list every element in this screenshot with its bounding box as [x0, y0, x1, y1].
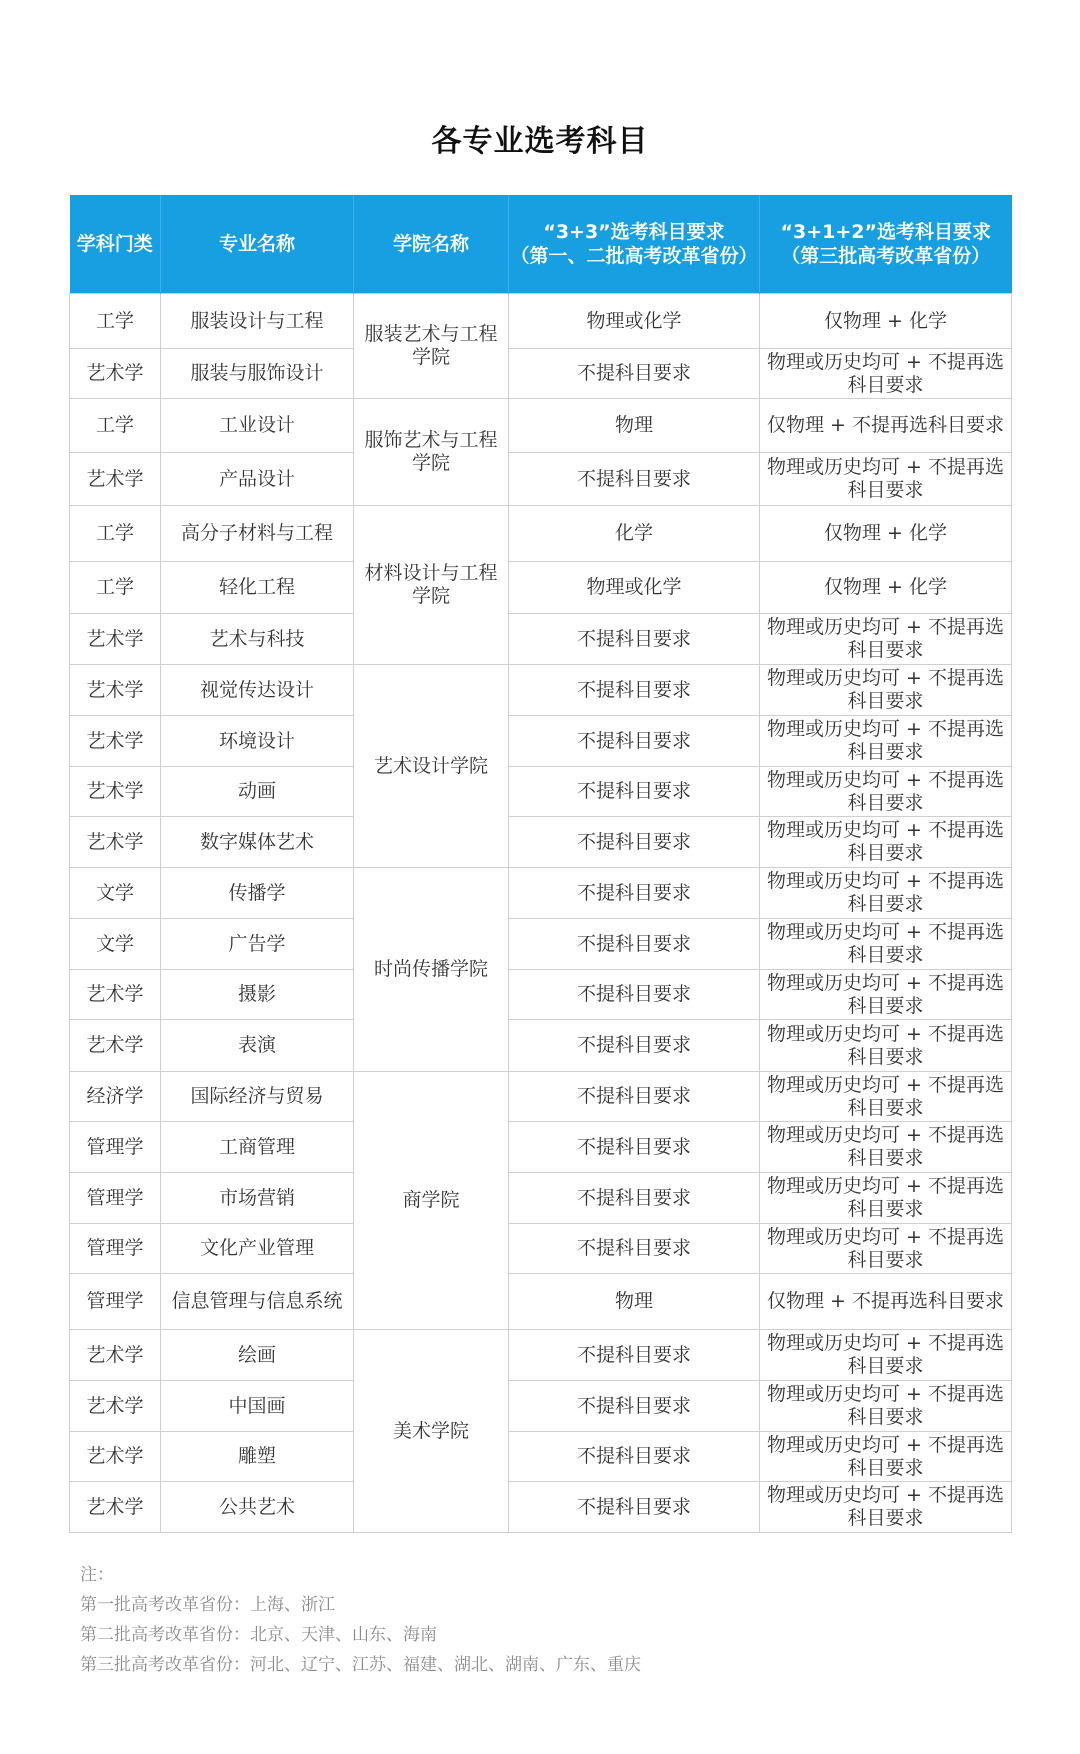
table-row: 管理学工商管理不提科目要求物理或历史均可 + 不提再选科目要求	[70, 1122, 1012, 1173]
major-cell: 服装设计与工程	[161, 294, 354, 349]
table-row: 经济学国际经济与贸易商学院不提科目要求物理或历史均可 + 不提再选科目要求	[70, 1072, 1012, 1122]
college-cell: 艺术设计学院	[354, 665, 509, 868]
table-row: 文学广告学不提科目要求物理或历史均可 + 不提再选科目要求	[70, 919, 1012, 970]
req-3-1-2-cell: 仅物理 + 化学	[760, 506, 1012, 562]
category-cell: 艺术学	[70, 970, 161, 1020]
req-3-3-cell: 不提科目要求	[509, 1432, 760, 1482]
req-3-1-2-cell: 物理或历史均可 + 不提再选科目要求	[760, 868, 1012, 919]
header-req-3-1-2: “3+1+2”选考科目要求 （第三批高考改革省份）	[760, 195, 1012, 294]
table-row: 艺术学绘画美术学院不提科目要求物理或历史均可 + 不提再选科目要求	[70, 1330, 1012, 1381]
table-row: 艺术学动画不提科目要求物理或历史均可 + 不提再选科目要求	[70, 767, 1012, 817]
college-cell: 商学院	[354, 1072, 509, 1330]
req-3-1-2-cell: 物理或历史均可 + 不提再选科目要求	[760, 919, 1012, 970]
category-cell: 艺术学	[70, 349, 161, 399]
req-3-3-cell: 不提科目要求	[509, 349, 760, 399]
header-req-3-3-title: “3+3”选考科目要求	[509, 220, 759, 244]
req-3-1-2-cell: 物理或历史均可 + 不提再选科目要求	[760, 1432, 1012, 1482]
req-3-1-2-cell: 仅物理 + 化学	[760, 294, 1012, 349]
category-cell: 艺术学	[70, 665, 161, 716]
major-cell: 市场营销	[161, 1173, 354, 1224]
major-cell: 产品设计	[161, 453, 354, 506]
category-cell: 艺术学	[70, 614, 161, 665]
req-3-1-2-cell: 物理或历史均可 + 不提再选科目要求	[760, 817, 1012, 868]
header-college: 学院名称	[354, 195, 509, 294]
major-cell: 摄影	[161, 970, 354, 1020]
major-cell: 数字媒体艺术	[161, 817, 354, 868]
footnotes: 注： 第一批高考改革省份：上海、浙江 第二批高考改革省份：北京、天津、山东、海南…	[80, 1560, 641, 1680]
college-cell: 材料设计与工程学院	[354, 506, 509, 665]
major-cell: 工商管理	[161, 1122, 354, 1173]
college-cell: 美术学院	[354, 1330, 509, 1533]
table-row: 艺术学服装与服饰设计不提科目要求物理或历史均可 + 不提再选科目要求	[70, 349, 1012, 399]
category-cell: 艺术学	[70, 1381, 161, 1432]
req-3-3-cell: 不提科目要求	[509, 1173, 760, 1224]
table-row: 工学轻化工程物理或化学仅物理 + 化学	[70, 562, 1012, 614]
major-cell: 环境设计	[161, 716, 354, 767]
category-cell: 管理学	[70, 1224, 161, 1274]
req-3-1-2-cell: 物理或历史均可 + 不提再选科目要求	[760, 1072, 1012, 1122]
req-3-1-2-cell: 物理或历史均可 + 不提再选科目要求	[760, 1173, 1012, 1224]
category-cell: 管理学	[70, 1274, 161, 1330]
table-row: 艺术学中国画不提科目要求物理或历史均可 + 不提再选科目要求	[70, 1381, 1012, 1432]
category-cell: 艺术学	[70, 1482, 161, 1533]
subject-requirements-table: 学科门类 专业名称 学院名称 “3+3”选考科目要求 （第一、二批高考改革省份）…	[69, 195, 1012, 1533]
major-cell: 视觉传达设计	[161, 665, 354, 716]
major-cell: 传播学	[161, 868, 354, 919]
footnote-label: 注：	[80, 1560, 641, 1590]
req-3-3-cell: 不提科目要求	[509, 919, 760, 970]
req-3-3-cell: 不提科目要求	[509, 1020, 760, 1072]
table-body: 工学服装设计与工程服装艺术与工程学院物理或化学仅物理 + 化学艺术学服装与服饰设…	[70, 294, 1012, 1533]
req-3-3-cell: 不提科目要求	[509, 817, 760, 868]
table-row: 艺术学表演不提科目要求物理或历史均可 + 不提再选科目要求	[70, 1020, 1012, 1072]
req-3-1-2-cell: 仅物理 + 不提再选科目要求	[760, 1274, 1012, 1330]
req-3-1-2-cell: 物理或历史均可 + 不提再选科目要求	[760, 1381, 1012, 1432]
category-cell: 工学	[70, 294, 161, 349]
category-cell: 工学	[70, 399, 161, 453]
header-major: 专业名称	[161, 195, 354, 294]
major-cell: 文化产业管理	[161, 1224, 354, 1274]
req-3-1-2-cell: 物理或历史均可 + 不提再选科目要求	[760, 1482, 1012, 1533]
req-3-3-cell: 不提科目要求	[509, 1224, 760, 1274]
category-cell: 艺术学	[70, 1020, 161, 1072]
major-cell: 信息管理与信息系统	[161, 1274, 354, 1330]
college-cell: 服装艺术与工程学院	[354, 294, 509, 399]
req-3-1-2-cell: 仅物理 + 化学	[760, 562, 1012, 614]
category-cell: 管理学	[70, 1122, 161, 1173]
req-3-3-cell: 不提科目要求	[509, 453, 760, 506]
table-row: 艺术学雕塑不提科目要求物理或历史均可 + 不提再选科目要求	[70, 1432, 1012, 1482]
table-row: 工学工业设计服饰艺术与工程学院物理仅物理 + 不提再选科目要求	[70, 399, 1012, 453]
table-row: 艺术学环境设计不提科目要求物理或历史均可 + 不提再选科目要求	[70, 716, 1012, 767]
table-row: 艺术学摄影不提科目要求物理或历史均可 + 不提再选科目要求	[70, 970, 1012, 1020]
req-3-1-2-cell: 物理或历史均可 + 不提再选科目要求	[760, 1020, 1012, 1072]
req-3-3-cell: 不提科目要求	[509, 1330, 760, 1381]
college-cell: 服饰艺术与工程学院	[354, 399, 509, 506]
table-row: 工学服装设计与工程服装艺术与工程学院物理或化学仅物理 + 化学	[70, 294, 1012, 349]
req-3-3-cell: 不提科目要求	[509, 665, 760, 716]
req-3-3-cell: 物理或化学	[509, 294, 760, 349]
req-3-1-2-cell: 物理或历史均可 + 不提再选科目要求	[760, 614, 1012, 665]
footnote-batch-1: 第一批高考改革省份：上海、浙江	[80, 1590, 641, 1620]
req-3-3-cell: 不提科目要求	[509, 1072, 760, 1122]
req-3-3-cell: 不提科目要求	[509, 970, 760, 1020]
req-3-1-2-cell: 物理或历史均可 + 不提再选科目要求	[760, 970, 1012, 1020]
page-title: 各专业选考科目	[0, 116, 1080, 160]
header-req-3-3: “3+3”选考科目要求 （第一、二批高考改革省份）	[509, 195, 760, 294]
major-cell: 动画	[161, 767, 354, 817]
req-3-3-cell: 不提科目要求	[509, 1482, 760, 1533]
category-cell: 艺术学	[70, 716, 161, 767]
category-cell: 工学	[70, 562, 161, 614]
college-cell: 时尚传播学院	[354, 868, 509, 1072]
category-cell: 文学	[70, 868, 161, 919]
req-3-1-2-cell: 物理或历史均可 + 不提再选科目要求	[760, 767, 1012, 817]
req-3-3-cell: 不提科目要求	[509, 1122, 760, 1173]
major-cell: 雕塑	[161, 1432, 354, 1482]
req-3-3-cell: 物理	[509, 1274, 760, 1330]
header-req-3-3-note: （第一、二批高考改革省份）	[509, 244, 759, 268]
major-cell: 艺术与科技	[161, 614, 354, 665]
major-cell: 表演	[161, 1020, 354, 1072]
major-cell: 工业设计	[161, 399, 354, 453]
table-row: 艺术学艺术与科技不提科目要求物理或历史均可 + 不提再选科目要求	[70, 614, 1012, 665]
table-row: 艺术学公共艺术不提科目要求物理或历史均可 + 不提再选科目要求	[70, 1482, 1012, 1533]
table-row: 艺术学视觉传达设计艺术设计学院不提科目要求物理或历史均可 + 不提再选科目要求	[70, 665, 1012, 716]
footnote-batch-2: 第二批高考改革省份：北京、天津、山东、海南	[80, 1620, 641, 1650]
req-3-3-cell: 物理或化学	[509, 562, 760, 614]
req-3-3-cell: 物理	[509, 399, 760, 453]
req-3-3-cell: 化学	[509, 506, 760, 562]
major-cell: 高分子材料与工程	[161, 506, 354, 562]
major-cell: 中国画	[161, 1381, 354, 1432]
table-header-row: 学科门类 专业名称 学院名称 “3+3”选考科目要求 （第一、二批高考改革省份）…	[70, 195, 1012, 294]
major-cell: 广告学	[161, 919, 354, 970]
req-3-3-cell: 不提科目要求	[509, 767, 760, 817]
major-cell: 公共艺术	[161, 1482, 354, 1533]
category-cell: 文学	[70, 919, 161, 970]
category-cell: 艺术学	[70, 1432, 161, 1482]
req-3-1-2-cell: 物理或历史均可 + 不提再选科目要求	[760, 1330, 1012, 1381]
req-3-3-cell: 不提科目要求	[509, 1381, 760, 1432]
table-row: 艺术学数字媒体艺术不提科目要求物理或历史均可 + 不提再选科目要求	[70, 817, 1012, 868]
req-3-1-2-cell: 物理或历史均可 + 不提再选科目要求	[760, 665, 1012, 716]
footnote-batch-3: 第三批高考改革省份：河北、辽宁、江苏、福建、湖北、湖南、广东、重庆	[80, 1650, 641, 1680]
category-cell: 工学	[70, 506, 161, 562]
major-cell: 服装与服饰设计	[161, 349, 354, 399]
req-3-1-2-cell: 物理或历史均可 + 不提再选科目要求	[760, 716, 1012, 767]
table-row: 管理学文化产业管理不提科目要求物理或历史均可 + 不提再选科目要求	[70, 1224, 1012, 1274]
category-cell: 管理学	[70, 1173, 161, 1224]
req-3-3-cell: 不提科目要求	[509, 868, 760, 919]
category-cell: 艺术学	[70, 453, 161, 506]
category-cell: 经济学	[70, 1072, 161, 1122]
req-3-1-2-cell: 物理或历史均可 + 不提再选科目要求	[760, 453, 1012, 506]
major-cell: 国际经济与贸易	[161, 1072, 354, 1122]
req-3-1-2-cell: 物理或历史均可 + 不提再选科目要求	[760, 1224, 1012, 1274]
table-row: 工学高分子材料与工程材料设计与工程学院化学仅物理 + 化学	[70, 506, 1012, 562]
table-row: 管理学信息管理与信息系统物理仅物理 + 不提再选科目要求	[70, 1274, 1012, 1330]
major-cell: 轻化工程	[161, 562, 354, 614]
header-category: 学科门类	[70, 195, 161, 294]
table-row: 管理学市场营销不提科目要求物理或历史均可 + 不提再选科目要求	[70, 1173, 1012, 1224]
header-req-3-1-2-title: “3+1+2”选考科目要求	[760, 220, 1012, 244]
table-row: 文学传播学时尚传播学院不提科目要求物理或历史均可 + 不提再选科目要求	[70, 868, 1012, 919]
category-cell: 艺术学	[70, 767, 161, 817]
category-cell: 艺术学	[70, 817, 161, 868]
req-3-3-cell: 不提科目要求	[509, 614, 760, 665]
req-3-1-2-cell: 物理或历史均可 + 不提再选科目要求	[760, 1122, 1012, 1173]
req-3-3-cell: 不提科目要求	[509, 716, 760, 767]
header-req-3-1-2-note: （第三批高考改革省份）	[760, 244, 1012, 268]
category-cell: 艺术学	[70, 1330, 161, 1381]
major-cell: 绘画	[161, 1330, 354, 1381]
req-3-1-2-cell: 仅物理 + 不提再选科目要求	[760, 399, 1012, 453]
req-3-1-2-cell: 物理或历史均可 + 不提再选科目要求	[760, 349, 1012, 399]
table-row: 艺术学产品设计不提科目要求物理或历史均可 + 不提再选科目要求	[70, 453, 1012, 506]
